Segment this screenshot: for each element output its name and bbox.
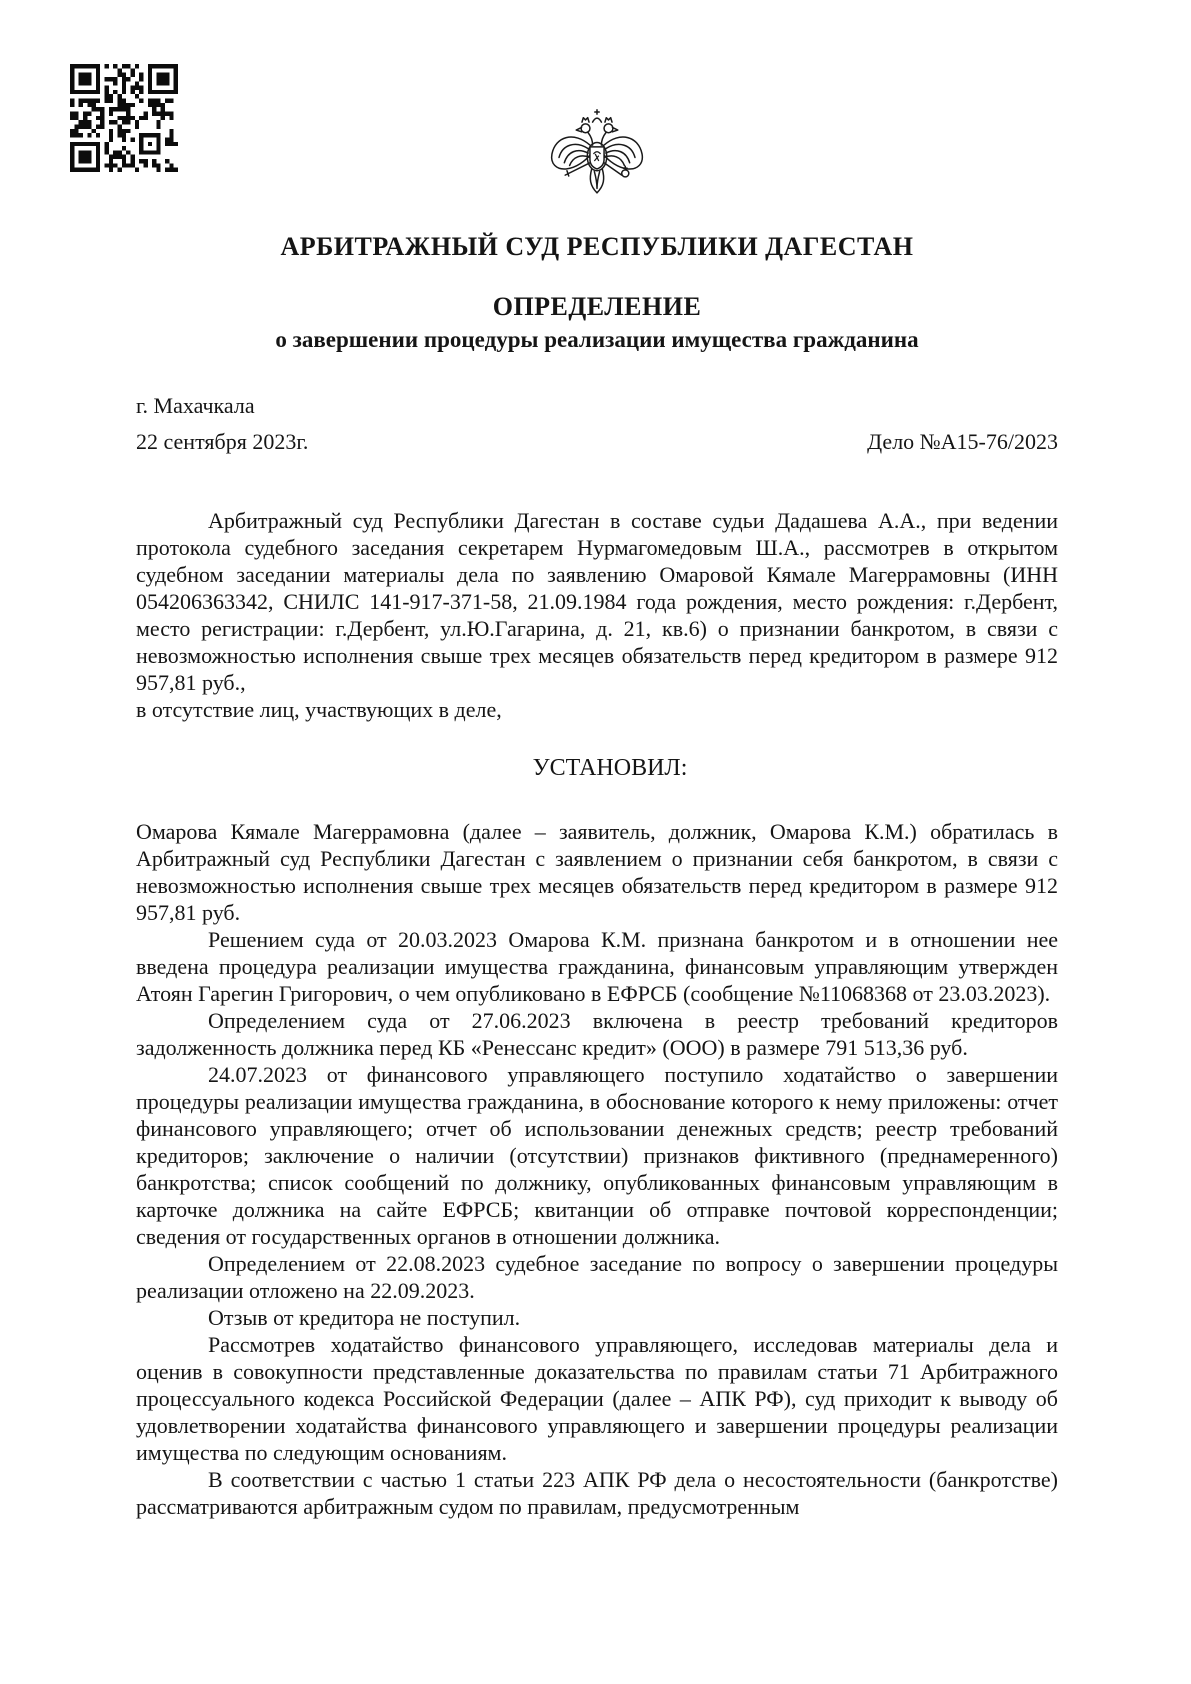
- document-content: АРБИТРАЖНЫЙ СУД РЕСПУБЛИКИ ДАГЕСТАН ОПРЕ…: [136, 0, 1058, 1520]
- court-name: АРБИТРАЖНЫЙ СУД РЕСПУБЛИКИ ДАГЕСТАН: [136, 234, 1058, 260]
- ruling-heading: УСТАНОВИЛ:: [136, 755, 1058, 782]
- paragraph-creditor-claim: Определением суда от 27.06.2023 включена…: [136, 1007, 1058, 1061]
- paragraph-no-response: Отзыв от кредитора не поступил.: [136, 1304, 1058, 1331]
- document-body: Арбитражный суд Республики Дагестан в со…: [136, 507, 1058, 1520]
- paragraph-hearing-postponed: Определением от 22.08.2023 судебное засе…: [136, 1250, 1058, 1304]
- document-date: 22 сентября 2023г.: [136, 427, 308, 456]
- paragraph-apk-rules: В соответствии с частью 1 статьи 223 АПК…: [136, 1466, 1058, 1520]
- paragraph-manager-motion: 24.07.2023 от финансового управляющего п…: [136, 1061, 1058, 1250]
- paragraph-court-conclusion: Рассмотрев ходатайство финансового управ…: [136, 1331, 1058, 1466]
- date-case-row: 22 сентября 2023г. Дело №А15-76/2023: [136, 427, 1058, 456]
- court-ruling-page: АРБИТРАЖНЫЙ СУД РЕСПУБЛИКИ ДАГЕСТАН ОПРЕ…: [0, 0, 1191, 1684]
- paragraph-preamble: Арбитражный суд Республики Дагестан в со…: [136, 507, 1058, 696]
- document-subtitle: о завершении процедуры реализации имущес…: [136, 326, 1058, 355]
- paragraph-bankruptcy-decision: Решением суда от 20.03.2023 Омарова К.М.…: [136, 926, 1058, 1007]
- paragraph-filing: Омарова Кямале Магеррамовна (далее – зая…: [136, 818, 1058, 926]
- paragraph-absence: в отсутствие лиц, участвующих в деле,: [136, 696, 1058, 723]
- russian-coat-of-arms-icon: [544, 103, 650, 219]
- case-number: Дело №А15-76/2023: [867, 427, 1058, 456]
- document-type: ОПРЕДЕЛЕНИЕ: [136, 294, 1058, 320]
- city: г. Махачкала: [136, 391, 1058, 420]
